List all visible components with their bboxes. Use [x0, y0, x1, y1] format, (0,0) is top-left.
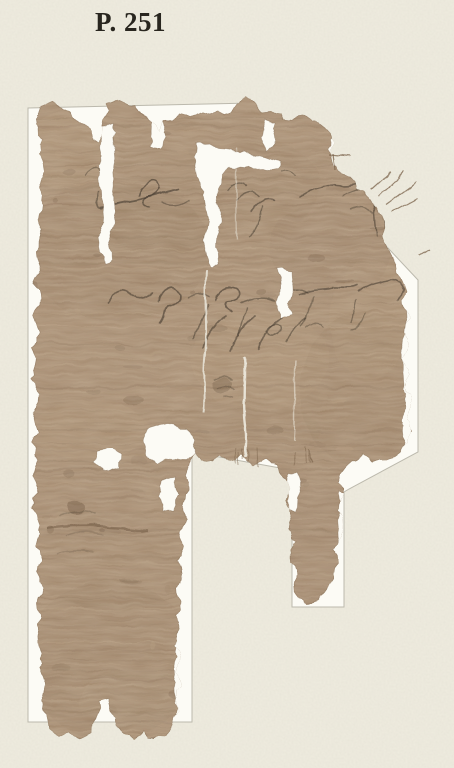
papyrus-photo: [0, 0, 454, 768]
plate-page: { "page": { "label": "P. 251" }, "photo"…: [0, 0, 454, 768]
plate-label: P. 251: [95, 7, 166, 38]
